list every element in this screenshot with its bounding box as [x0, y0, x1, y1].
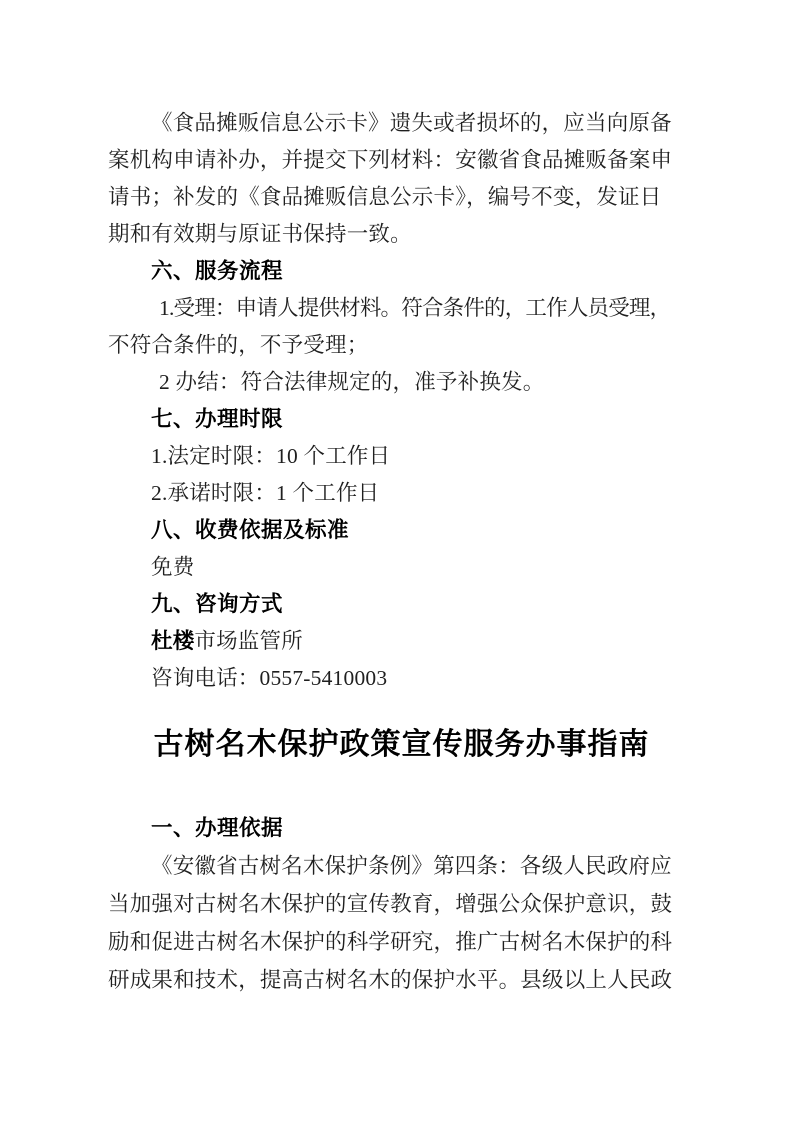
- section-service-flow: 六、服务流程 1.受理：申请人提供材料。符合条件的，工作人员受理， 不符合条件的…: [108, 253, 675, 401]
- org-name-bold: 杜楼: [151, 629, 194, 653]
- paragraph-legal-basis: 《安徽省古树名木保护条例》第四条：各级人民政府应 当加强对古树名木保护的宣传教育…: [108, 847, 675, 999]
- section-heading: 七、办理时限: [108, 401, 675, 438]
- section-heading: 八、收费依据及标准: [108, 512, 675, 549]
- para-line: 《安徽省古树名木保护条例》第四条：各级人民政府应: [108, 847, 675, 885]
- section-time-limit: 七、办理时限 1.法定时限：10 个工作日 2.承诺时限：1 个工作日: [108, 401, 675, 512]
- section-consultation: 九、咨询方式 杜楼市场监管所 咨询电话：0557-5410003: [108, 586, 675, 697]
- section-fees: 八、收费依据及标准 免费: [108, 512, 675, 586]
- para-line: 2 办结：符合法律规定的，准予补换发。: [108, 364, 675, 401]
- para-line: 当加强对古树名木保护的宣传教育，增强公众保护意识，鼓: [108, 885, 675, 923]
- page-title: 古树名木保护政策宣传服务办事指南: [108, 727, 675, 763]
- consultation-phone-line: 咨询电话：0557-5410003: [108, 660, 675, 697]
- para-line: 1.法定时限：10 个工作日: [108, 438, 675, 475]
- para-line: 1.受理：申请人提供材料。符合条件的，工作人员受理，: [108, 290, 675, 327]
- paragraph-card-replacement: 《食品摊贩信息公示卡》遗失或者损坏的，应当向原备 案机构申请补办，并提交下列材料…: [108, 105, 675, 253]
- para-line: 免费: [108, 549, 675, 586]
- guide-ancient-trees: 古树名木保护政策宣传服务办事指南 一、办理依据 《安徽省古树名木保护条例》第四条…: [108, 727, 675, 999]
- org-name-rest: 市场监管所: [194, 629, 303, 653]
- para-line: 《食品摊贩信息公示卡》遗失或者损坏的，应当向原备: [108, 105, 675, 142]
- section-heading: 九、咨询方式: [108, 586, 675, 623]
- para-line: 2.承诺时限：1 个工作日: [108, 475, 675, 512]
- para-line: 期和有效期与原证书保持一致。: [108, 216, 675, 253]
- para-line: 励和促进古树名木保护的科学研究，推广古树名木保护的科: [108, 923, 675, 961]
- para-line: 案机构申请补办，并提交下列材料：安徽省食品摊贩备案申: [108, 142, 675, 179]
- section-heading: 六、服务流程: [108, 253, 675, 290]
- section-heading: 一、办理依据: [108, 810, 675, 847]
- consultation-org-line: 杜楼市场监管所: [108, 623, 675, 660]
- document-page: 《食品摊贩信息公示卡》遗失或者损坏的，应当向原备 案机构申请补办，并提交下列材料…: [0, 0, 793, 1122]
- para-line: 研成果和技术，提高古树名木的保护水平。县级以上人民政: [108, 961, 675, 999]
- para-line: 请书；补发的《食品摊贩信息公示卡》，编号不变，发证日: [108, 179, 675, 216]
- para-line: 不符合条件的，不予受理；: [108, 327, 675, 364]
- document-content: 《食品摊贩信息公示卡》遗失或者损坏的，应当向原备 案机构申请补办，并提交下列材料…: [0, 0, 793, 999]
